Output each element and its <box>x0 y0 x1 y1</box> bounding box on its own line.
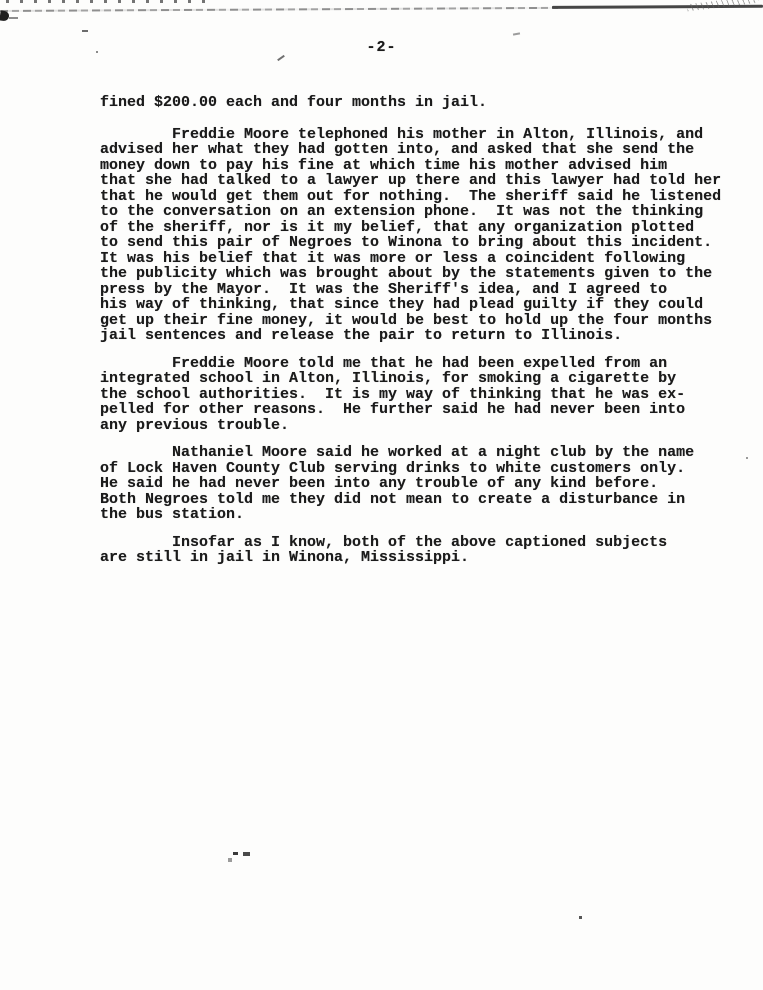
scanned-document-page: -2- fined $200.00 each and four months i… <box>0 0 763 990</box>
scan-smudge <box>228 858 232 862</box>
scan-speck <box>82 30 88 32</box>
document-body: fined $200.00 each and four months in ja… <box>100 95 740 578</box>
scan-smudge <box>243 852 250 856</box>
scan-artifact-corner-blob <box>0 10 10 21</box>
page-number: -2- <box>0 39 763 56</box>
paragraph: Insofar as I know, both of the above cap… <box>100 535 740 566</box>
scan-artifact-dashed-segment <box>0 7 558 12</box>
scan-smudge <box>233 852 238 855</box>
scan-artifact-top-edge-line <box>0 5 763 13</box>
scan-speck <box>513 32 520 35</box>
scan-speck <box>746 457 748 459</box>
scan-speck <box>579 916 582 919</box>
scan-artifact-top-dotted-row <box>6 0 211 3</box>
paragraph: Nathaniel Moore said he worked at a nigh… <box>100 445 740 523</box>
scan-artifact-corner-dash <box>9 17 18 19</box>
paragraphs-container: Freddie Moore telephoned his mother in A… <box>100 127 740 566</box>
paragraph: Freddie Moore telephoned his mother in A… <box>100 127 740 344</box>
paragraph: Freddie Moore told me that he had been e… <box>100 356 740 434</box>
intro-line: fined $200.00 each and four months in ja… <box>100 95 740 111</box>
